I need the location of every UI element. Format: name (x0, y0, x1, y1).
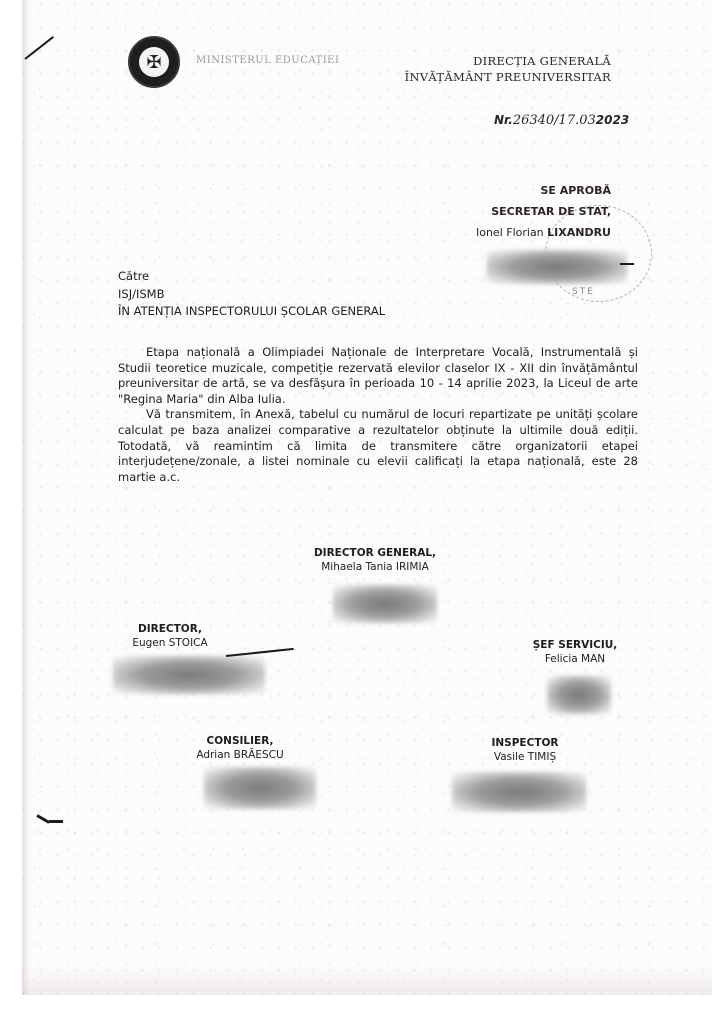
scanned-page (22, 0, 712, 995)
pen-mark-left-tail (49, 820, 63, 823)
stamp-text: STE (572, 287, 595, 297)
signature-stroke (620, 263, 634, 265)
registration-number: Nr.26340/17.032023 (494, 113, 629, 128)
redacted-signature-approval (487, 250, 627, 284)
signature-director-general: DIRECTOR GENERAL, Mihaela Tania IRIMIA (290, 546, 460, 574)
signature-inspector: INSPECTOR Vasile TIMIȘ (470, 736, 580, 764)
pen-mark-top (24, 36, 54, 60)
body-paragraph-1: Etapa națională a Olimpiadei Naționale d… (118, 345, 638, 407)
signature-sef-serviciu: ȘEF SERVICIU, Felicia MAN (520, 638, 630, 666)
redacted-signature-inspector (452, 772, 586, 812)
redacted-signature-director-general (333, 585, 437, 623)
handwritten-number: 26340/17.03 (513, 113, 596, 128)
ministry-name: MINISTERUL EDUCAȚIEI (196, 55, 339, 66)
approval-title: SE APROBĂ (476, 180, 611, 201)
signature-director: DIRECTOR, Eugen STOICA (110, 622, 230, 650)
ministry-seal-logo: ✠ (128, 36, 180, 88)
recipient-block: Către ISJ/ISMB ÎN ATENȚIA INSPECTORULUI … (118, 268, 385, 321)
body-paragraph-2: Vă transmitem, în Anexă, tabelul cu numă… (118, 407, 638, 485)
letter-body: Etapa națională a Olimpiadei Naționale d… (118, 345, 638, 485)
recipient-institution: ISJ/ISMB (118, 286, 385, 304)
approval-block: SE APROBĂ SECRETAR DE STAT, Ionel Floria… (476, 180, 611, 243)
redacted-signature-consilier (204, 767, 316, 809)
department-line1: DIRECȚIA GENERALĂ (405, 53, 611, 69)
signature-consilier: CONSILIER, Adrian BRĂESCU (185, 734, 295, 762)
department-header: DIRECȚIA GENERALĂ ÎNVĂȚĂMÂNT PREUNIVERSI… (405, 53, 611, 85)
recipient-to: Către (118, 268, 385, 286)
approval-role: SECRETAR DE STAT, (476, 201, 611, 222)
pen-mark-left (36, 814, 50, 824)
coat-of-arms-icon: ✠ (146, 52, 161, 73)
redacted-signature-director (113, 656, 265, 694)
department-line2: ÎNVĂȚĂMÂNT PREUNIVERSITAR (405, 69, 611, 85)
recipient-attention: ÎN ATENȚIA INSPECTORULUI ȘCOLAR GENERAL (118, 303, 385, 321)
approval-name: Ionel Florian LIXANDRU (476, 222, 611, 243)
redacted-signature-sef-serviciu (547, 676, 611, 714)
